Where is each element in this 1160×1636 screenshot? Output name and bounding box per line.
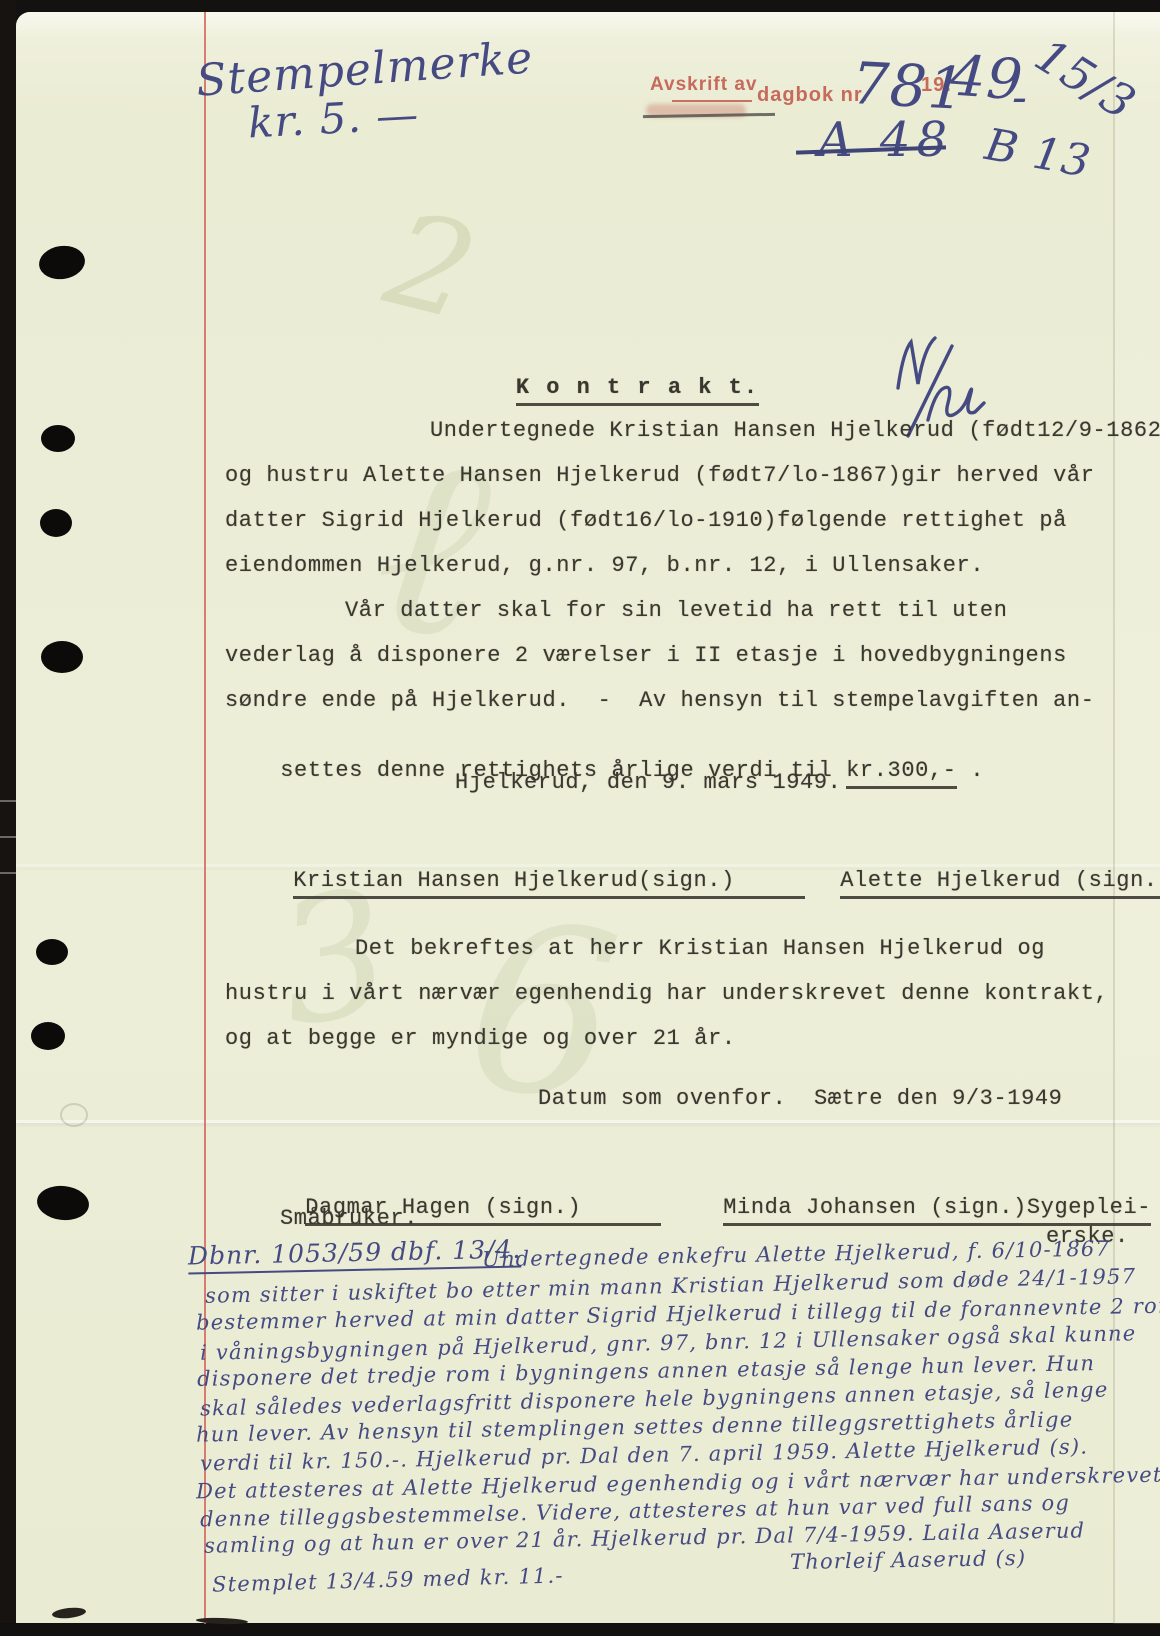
stamp-blank-line — [672, 100, 752, 102]
handwritten-dash: - — [1012, 72, 1028, 123]
punch-hole — [41, 425, 75, 452]
signature-text: Kristian Hansen Hjelkerud(sign.) — [293, 868, 805, 899]
handwritten-kr5: kr. 5. — — [247, 90, 420, 148]
scan-edge-bottom — [0, 1623, 1160, 1636]
signature-kristian: Kristian Hansen Hjelkerud(sign.) — [238, 843, 805, 918]
punch-hole — [40, 509, 72, 537]
paper-top-edge — [16, 12, 1160, 38]
scan-streak — [0, 800, 16, 802]
punch-hole — [31, 1022, 65, 1050]
typed-datum-line: Datum som ovenfor. Sætre den 9/3-1949 — [538, 1086, 1062, 1111]
punch-hole-mark — [60, 1103, 88, 1127]
signature-text: Alette Hjelkerud (sign.) — [840, 868, 1160, 899]
signature-alette: Alette Hjelkerud (sign.) — [785, 843, 1160, 918]
addendum-signature-thorleif: Thorleif Aaserud (s) — [790, 1546, 1027, 1574]
contract-title: K o n t r a k t. — [455, 350, 759, 425]
typed-line: Undertegnede Kristian Hansen Hjelkerud (… — [430, 418, 1160, 443]
typed-line: datter Sigrid Hjelkerud (født16/lo-1910)… — [225, 508, 1067, 533]
typed-line: eiendommen Hjelkerud, g.nr. 97, b.nr. 12… — [225, 553, 984, 578]
stamp-avskrift-label: Avskrift av — [650, 74, 757, 96]
page-edge-light — [1115, 12, 1160, 1624]
scan-streak — [0, 872, 16, 874]
typed-dateline: Hjelkerud, den 9. mars 1949. — [455, 770, 841, 795]
contract-title-text: K o n t r a k t. — [516, 375, 759, 406]
typed-line: søndre ende på Hjelkerud. - Av hensyn ti… — [225, 688, 1095, 713]
witness-title-smabruker: Småbruker. — [280, 1206, 418, 1231]
fold-crease — [16, 1120, 1160, 1123]
document-scan: 2 ℓ 3 6 Avskrift av dagbok nr. 19. Stemp… — [0, 0, 1160, 1636]
scan-edge-top — [0, 0, 1160, 12]
underlined-amount: kr.300,- — [846, 758, 956, 789]
typed-line: vederlag å disponere 2 værelser i II eta… — [225, 643, 1067, 668]
scan-edge-left — [0, 0, 16, 1636]
punch-hole — [36, 939, 68, 965]
witness-text: Minda Johansen (sign.)Sygeplei- — [723, 1195, 1151, 1226]
typed-line: Det bekreftes at herr Kristian Hansen Hj… — [355, 936, 1045, 961]
punch-hole — [41, 641, 83, 673]
typed-line: hustru i vårt nærvær egenhendig har unde… — [225, 981, 1108, 1006]
typed-line: Vår datter skal for sin levetid ha rett … — [345, 598, 1008, 623]
typed-line: og hustru Alette Hansen Hjelkerud (født7… — [225, 463, 1095, 488]
typed-line: og at begge er myndige og over 21 år. — [225, 1026, 736, 1051]
scan-streak — [0, 836, 16, 838]
handwritten-a48: A 48 — [818, 112, 953, 168]
addendum-ref: Dbnr. 1053/59 dbf. 13/4. — [188, 1235, 522, 1275]
typed-text: . — [957, 758, 985, 783]
